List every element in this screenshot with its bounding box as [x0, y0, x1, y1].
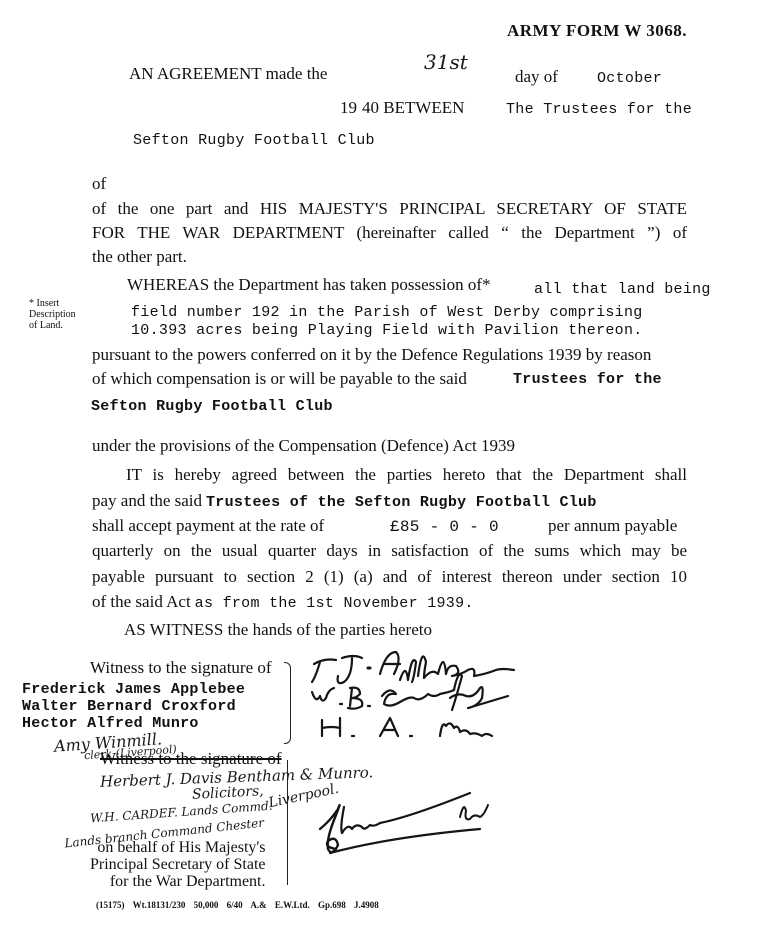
agreed-line-1: IT is hereby agreed between the parties …: [126, 465, 687, 485]
margin-note-line: of Land.: [29, 320, 99, 331]
powers-line: pursuant to the powers conferred on it b…: [92, 345, 651, 365]
form-number: ARMY FORM W 3068.: [507, 21, 687, 41]
behalf-line-3: for the War Department.: [90, 873, 266, 890]
year-line: 1940 BETWEEN: [340, 98, 464, 118]
effective-date: as from the 1st November 1939.: [195, 595, 474, 612]
whereas-lead: WHEREAS the Department has taken possess…: [127, 275, 491, 295]
compensation-line: of which compensation is or will be paya…: [92, 369, 467, 389]
trustee-name: Frederick James Applebee: [22, 681, 245, 698]
party-line-1: The Trustees for the: [506, 101, 692, 118]
day-of-label: day of: [515, 67, 558, 87]
act-line: under the provisions of the Compensation…: [92, 436, 515, 456]
payee-line-1: Trustees for the: [513, 371, 662, 388]
agreed-line-3-suffix: per annum payable: [548, 516, 677, 536]
trustee-name: Walter Bernard Croxford: [22, 698, 245, 715]
handwritten-day: 31st: [424, 50, 468, 74]
department-signature: [310, 795, 510, 865]
agreed-line-5: payable pursuant to section 2 (1) (a) an…: [92, 567, 687, 587]
one-part-line-1: of the one part and HIS MAJESTY'S PRINCI…: [92, 199, 687, 219]
between-label: BETWEEN: [383, 98, 464, 117]
behalf-block: on behalf of His Majesty's Principal Sec…: [90, 839, 266, 890]
margin-note-insert-description: * Insert Description of Land.: [29, 298, 99, 331]
one-part-line-3: the other part.: [92, 247, 187, 267]
witness-label-1: Witness to the signature of: [90, 658, 272, 678]
trustee-names: Frederick James Applebee Walter Bernard …: [22, 681, 245, 732]
margin-note-line: Description: [29, 309, 99, 320]
of-label: of: [92, 174, 106, 194]
land-description-line-2: field number 192 in the Parish of West D…: [131, 304, 643, 321]
agreed-line-6-prefix: of the said Act: [92, 592, 191, 611]
party-line-2: Sefton Rugby Football Club: [133, 132, 375, 149]
brace-department: [286, 760, 288, 885]
as-witness-line: AS WITNESS the hands of the parties here…: [124, 620, 432, 640]
month-value: October: [597, 70, 662, 87]
behalf-line-2: Principal Secretary of State: [90, 856, 266, 873]
trustee-name: Hector Alfred Munro: [22, 715, 245, 732]
rate-value: £85 - 0 - 0: [390, 518, 499, 536]
brace-trustees: [284, 662, 291, 744]
year-prefix: 19: [340, 98, 357, 117]
one-part-line-2: FOR THE WAR DEPARTMENT (hereinafter call…: [92, 223, 687, 243]
payee-line-2: Sefton Rugby Football Club: [91, 398, 333, 415]
witness-label-2-struck: Witness to the signature of: [100, 749, 282, 769]
agreed-line-4: quarterly on the usual quarter days in s…: [92, 541, 687, 561]
agreement-intro: AN AGREEMENT made the: [129, 64, 327, 84]
printer-imprint: (15175) Wt.18131/230 50,000 6/40 A.& E.W…: [96, 900, 379, 910]
agreed-line-2-prefix: pay and the said: [92, 491, 202, 510]
year-suffix: 40: [362, 98, 379, 117]
agreed-line-3-prefix: shall accept payment at the rate of: [92, 516, 324, 536]
agreed-payee: Trustees of the Sefton Rugby Football Cl…: [206, 494, 597, 511]
behalf-line-1: on behalf of His Majesty's: [90, 839, 266, 856]
agreed-line-2: pay and the said Trustees of the Sefton …: [92, 491, 597, 511]
agreed-line-6: of the said Act as from the 1st November…: [92, 592, 474, 612]
margin-note-line: * Insert: [29, 298, 99, 309]
land-description-line-1: all that land being: [534, 281, 711, 298]
trustee-signatures: [300, 640, 580, 740]
land-description-line-3: 10.393 acres being Playing Field with Pa…: [131, 322, 643, 339]
